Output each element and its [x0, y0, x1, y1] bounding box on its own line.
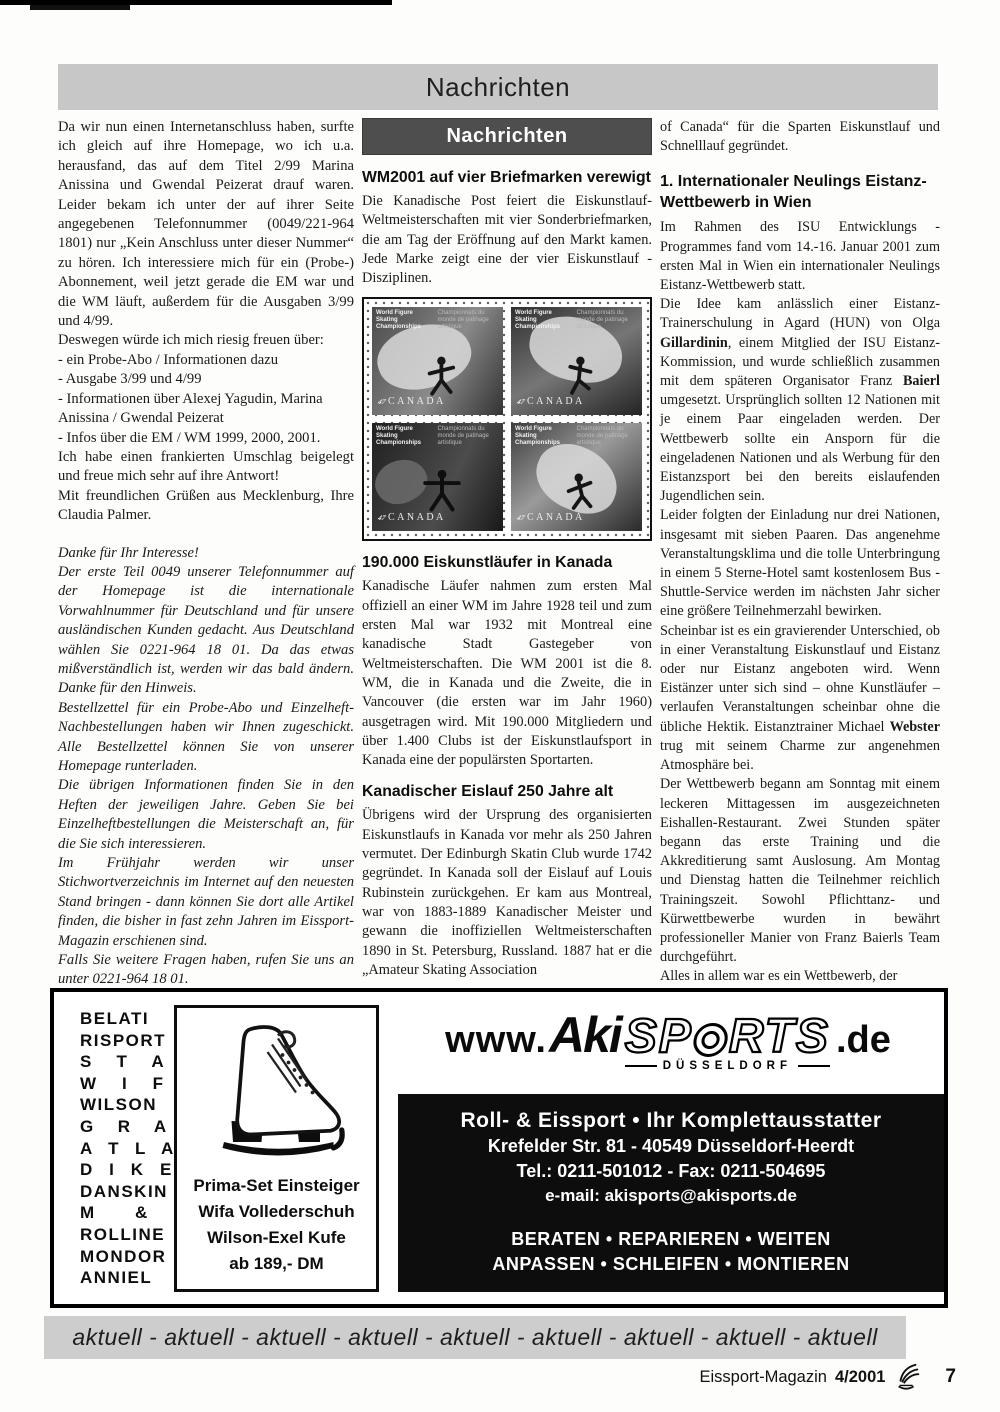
page-footer: Eissport-Magazin 4/2001 7 — [699, 1362, 956, 1392]
ad-address: Krefelder Str. 81 - 40549 Düsseldorf-Hee… — [398, 1134, 944, 1159]
offer-line: Wilson-Exel Kufe — [177, 1225, 376, 1251]
person-name: Webster — [890, 719, 940, 735]
letter-list-item: - Ausgabe 3/99 und 4/99 — [58, 370, 354, 389]
article-body: Kanadische Läufer nahmen zum ersten Mal … — [362, 577, 652, 770]
article-body: of Canada“ für die Sparten Eiskunstlauf … — [660, 118, 940, 156]
section-header-bar: Nachrichten — [58, 64, 938, 110]
page-title: Nachrichten — [426, 72, 570, 103]
winged-skate-logo-icon — [893, 1362, 923, 1392]
logo-tld: .de — [836, 1019, 891, 1062]
ad-services-line: ANPASSEN • SCHLEIFEN • MONTIEREN — [398, 1252, 944, 1277]
aktuell-text: aktuell - aktuell - aktuell - aktuell - … — [72, 1324, 877, 1351]
article-body: Der Wettbewerb begann am Sonntag mit ein… — [660, 775, 940, 967]
stamp-title-en: World Figure Skating Championships — [376, 426, 433, 447]
article-body: Scheinbar ist es ein gravierender Unters… — [660, 622, 940, 776]
ad-email: e-mail: akisports@akisports.de — [398, 1184, 944, 1208]
logo-sports: SPRTS — [625, 1009, 830, 1064]
skater-silhouette-icon — [422, 469, 462, 513]
column-news-continued: of Canada“ für die Sparten Eiskunstlauf … — [660, 118, 940, 1018]
article-heading: WM2001 auf vier Briefmarken verewigt — [362, 168, 652, 187]
letter-paragraph: Da wir nun einen Internetanschluss haben… — [58, 118, 354, 331]
reply-paragraph: Bestellzettel für ein Probe-Abo und Einz… — [58, 699, 354, 777]
stamp-title-fr: Championnats du monde de patinage artist… — [577, 426, 639, 447]
stamp-ice-dance: World Figure Skating Championships Champ… — [511, 423, 642, 531]
magazine-page: Nachrichten Da wir nun einen Internetans… — [0, 0, 1000, 1412]
stamp-country: CANADA — [388, 508, 446, 527]
stamp-country: CANADA — [388, 392, 446, 411]
stamp-ladies: World Figure Skating Championships Champ… — [511, 307, 642, 415]
scan-edge-artifact — [30, 5, 130, 10]
wheel-icon — [691, 1023, 730, 1057]
skater-silhouette-icon — [563, 471, 597, 513]
logo-city: DÜSSELDORF — [625, 1060, 830, 1072]
letter-list-item: - Informationen über Alexej Yagudin, Mar… — [58, 390, 354, 429]
akisports-logo: www. Aki SPRTS DÜSSELDORF .de — [394, 1006, 942, 1090]
issue-number: 4/2001 — [835, 1368, 885, 1387]
ad-phone-fax: Tel.: 0211-501012 - Fax: 0211-504695 — [398, 1159, 944, 1184]
stamp-denomination: 47 — [375, 393, 388, 412]
reply-paragraph: Falls Sie weitere Fragen haben, rufen Si… — [58, 951, 354, 990]
ad-slogan: Roll- & Eissport • Ihr Komplettausstatte… — [398, 1107, 944, 1134]
reply-paragraph: Der erste Teil 0049 unserer Telefonnumme… — [58, 563, 354, 699]
offer-line: ab 189,- DM — [177, 1251, 376, 1277]
reply-paragraph: Im Frühjahr werden wir unser Stichwortve… — [58, 854, 354, 951]
person-name: Baierl — [903, 373, 940, 389]
skater-silhouette-icon — [563, 355, 597, 397]
stamp-title-en: World Figure Skating Championships — [515, 310, 572, 331]
letter-paragraph: Ich habe einen frankierten Umschlag beig… — [58, 448, 354, 487]
news-section-box: Nachrichten — [362, 118, 652, 155]
article-body: Im Rahmen des ISU Entwicklungs - Program… — [660, 218, 940, 295]
article-heading: 1. Internationaler Neulings Eistanz-Wett… — [660, 171, 940, 213]
article-heading: Kanadischer Eislauf 250 Jahre alt — [362, 782, 652, 801]
logo-aki: Aki — [549, 1006, 621, 1064]
column-reader-letter: Da wir nun einen Internetanschluss haben… — [58, 118, 354, 1015]
stamp-denomination: 47 — [514, 509, 527, 528]
article-body: Die Idee kam anlässlich einer Eistanz-Tr… — [660, 295, 940, 506]
stamp-title-en: World Figure Skating Championships — [376, 310, 433, 331]
offer-text: Prima-Set Einsteiger Wifa Vollederschuh … — [177, 1173, 376, 1277]
letter-paragraph: Mit freundlichen Grüßen aus Mecklenburg,… — [58, 487, 354, 526]
ad-contact-panel: Roll- & Eissport • Ihr Komplettausstatte… — [398, 1094, 944, 1292]
advertisement: BELATI RISPORT S T A R W I F A WILSON G … — [50, 988, 948, 1308]
column-news: Nachrichten WM2001 auf vier Briefmarken … — [362, 118, 652, 980]
article-body: Übrigens wird der Ursprung des organisie… — [362, 806, 652, 980]
aktuell-banner: aktuell - aktuell - aktuell - aktuell - … — [44, 1316, 906, 1359]
logo-www: www. — [445, 1019, 547, 1062]
magazine-name: Eissport-Magazin — [699, 1368, 826, 1387]
reply-paragraph: Die übrigen Informationen finden Sie in … — [58, 776, 354, 854]
stamp-denomination: 47 — [514, 393, 527, 412]
stamp-title-fr: Championnats du monde de patinage artist… — [438, 426, 500, 447]
reply-heading: Danke für Ihr Interesse! — [58, 544, 354, 563]
article-body: Leider folgten der Einladung nur drei Na… — [660, 506, 940, 621]
ad-services-line: BERATEN • REPARIEREN • WEITEN — [398, 1227, 944, 1252]
news-box-title: Nachrichten — [446, 127, 567, 146]
article-heading: 190.000 Eiskunstläufer in Kanada — [362, 553, 652, 572]
article-body: Die Kanadische Post feiert die Eiskunstl… — [362, 192, 652, 288]
article-body: Alles in allem war es ein Wettbewerb, de… — [660, 967, 940, 986]
letter-list-item: - ein Probe-Abo / Informationen dazu — [58, 351, 354, 370]
page-number: 7 — [945, 1366, 956, 1388]
letter-paragraph: Deswegen würde ich mich riesig freuen üb… — [58, 331, 354, 350]
person-name: Gillardinin — [660, 335, 728, 351]
stamp-title-fr: Championnats du monde de patinage artist… — [577, 310, 639, 331]
skater-silhouette-icon — [424, 355, 458, 397]
letter-list-item: - Infos über die EM / WM 1999, 2000, 200… — [58, 429, 354, 448]
stamp-mens: World Figure Skating Championships Champ… — [372, 423, 503, 531]
stamps-photo: World Figure Skating Championships Champ… — [362, 297, 652, 541]
stamp-country: CANADA — [527, 392, 585, 411]
stamp-country: CANADA — [527, 508, 585, 527]
stamp-title-en: World Figure Skating Championships — [515, 426, 572, 447]
stamp-title-fr: Championnats du monde de patinage artist… — [438, 310, 500, 331]
editor-reply: Danke für Ihr Interesse! Der erste Teil … — [58, 544, 354, 990]
figure-skate-image — [194, 1016, 359, 1166]
stamp-denomination: 47 — [375, 509, 388, 528]
stamp-pairs: World Figure Skating Championships Champ… — [372, 307, 503, 415]
offer-line: Prima-Set Einsteiger — [177, 1173, 376, 1199]
skate-offer-box: Prima-Set Einsteiger Wifa Vollederschuh … — [174, 1005, 379, 1292]
offer-line: Wifa Vollederschuh — [177, 1199, 376, 1225]
